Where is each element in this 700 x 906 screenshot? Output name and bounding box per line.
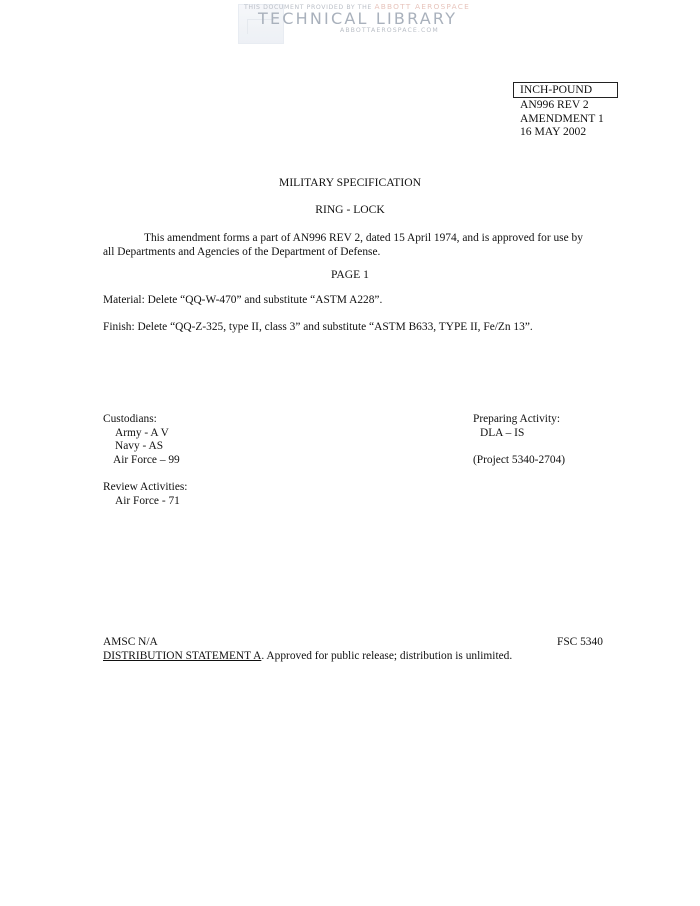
document-type: MILITARY SPECIFICATION <box>0 176 700 189</box>
distribution-statement: DISTRIBUTION STATEMENT A. Approved for p… <box>103 650 512 662</box>
amsc-number: AMSC N/A <box>103 636 158 648</box>
units-box: INCH-POUND <box>513 82 618 98</box>
preparing-label: Preparing Activity: <box>473 413 565 427</box>
abbott-watermark: This Document Provided by the Abbott Aer… <box>236 1 466 45</box>
document-number: AN996 REV 2 <box>513 98 618 112</box>
custodian-air-force: Air Force – 99 <box>103 454 187 468</box>
custodians-label: Custodians: <box>103 413 187 427</box>
amendment-number: AMENDMENT 1 <box>513 112 618 126</box>
custodian-navy: Navy - AS <box>103 440 187 454</box>
custodians-block: Custodians: Army - A V Navy - AS Air For… <box>103 413 187 508</box>
watermark-title: TECHNICAL LIBRARY <box>258 9 457 28</box>
distribution-label: DISTRIBUTION STATEMENT A <box>103 650 261 662</box>
intro-line-2: all Departments and Agencies of the Depa… <box>103 245 603 259</box>
document-title: RING - LOCK <box>0 203 700 216</box>
intro-line-1: This amendment forms a part of AN996 REV… <box>103 231 603 245</box>
change-finish: Finish: Delete “QQ-Z-325, type II, class… <box>103 321 533 333</box>
amendment-date: 16 MAY 2002 <box>513 125 618 139</box>
custodian-army: Army - A V <box>103 427 187 441</box>
watermark-url: ABBOTTAEROSPACE.COM <box>340 27 439 34</box>
intro-paragraph: This amendment forms a part of AN996 REV… <box>103 231 603 259</box>
review-label: Review Activities: <box>103 481 187 495</box>
distribution-text: . Approved for public release; distribut… <box>261 650 512 662</box>
fsc-number: FSC 5340 <box>557 636 603 648</box>
preparing-activity-block: Preparing Activity: DLA – IS (Project 53… <box>473 413 565 467</box>
project-number: (Project 5340-2704) <box>473 454 565 468</box>
change-material: Material: Delete “QQ-W-470” and substitu… <box>103 294 382 306</box>
review-air-force: Air Force - 71 <box>103 495 187 509</box>
preparing-activity: DLA – IS <box>473 427 565 441</box>
identification-block: INCH-POUND AN996 REV 2 AMENDMENT 1 16 MA… <box>513 82 618 139</box>
page-label: PAGE 1 <box>0 268 700 281</box>
